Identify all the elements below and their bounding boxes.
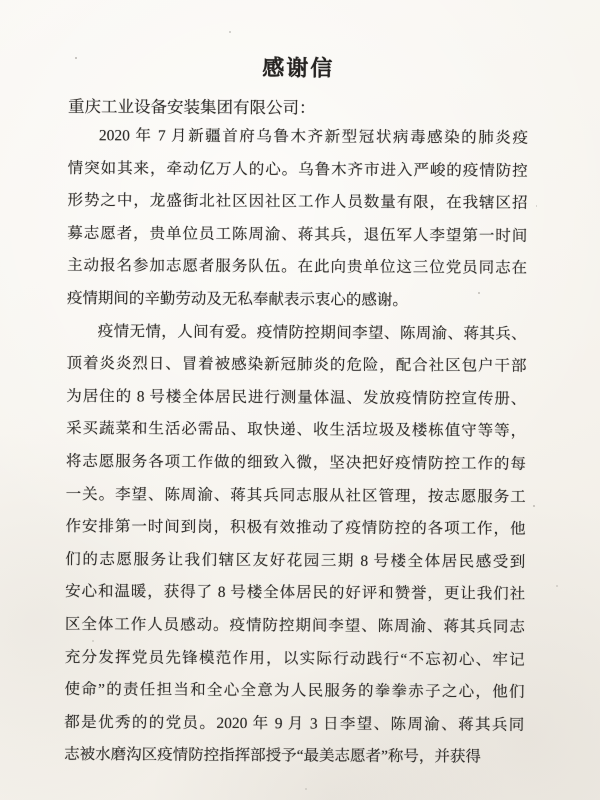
letter-line: 采买蔬菜和生活必需品、取快递、收生活垃圾及楼栋值守等等， xyxy=(66,413,526,448)
scan-speckle xyxy=(75,57,77,59)
letter-line: 为居住的 8 号楼全体居民进行测量体温、发放疫情防控宣传册、 xyxy=(66,381,526,416)
letter-line: 安心和温暖，获得了 8 号楼全体居民的好评和赞誉，更让我们社 xyxy=(65,576,525,611)
letter-line: 区全体工作人员感动。疫情防控期间李望、陈周渝、蒋其兵同志 xyxy=(65,609,525,644)
letter-line: 志被水磨沟区疫情防控指挥部授予“最美志愿者”称号，并获得 xyxy=(64,739,524,774)
scan-speckle xyxy=(536,205,537,207)
letter-paragraph-2: 疫情无情，人间有爱。疫情防控期间李望、陈周渝、蒋其兵、 顶着炎炎烈日、冒着被感染… xyxy=(64,316,527,775)
letter-salutation: 重庆工业设备安装集团有限公司： xyxy=(68,94,528,123)
letter-line: 募志愿者，贵单位员工陈周渝、蒋其兵，退伍军人李望第一时间 xyxy=(67,218,527,253)
scan-speckle xyxy=(470,716,472,718)
letter-line: 主动报名参加志愿者服务队伍。在此向贵单位这三位党员同志在 xyxy=(67,250,527,285)
letter-title: 感谢信 xyxy=(68,52,528,85)
scan-speckle xyxy=(478,292,480,294)
scan-speckle xyxy=(556,585,558,587)
scan-speckle xyxy=(160,758,162,759)
letter-line: 将志愿服务各项工作做的细致入微，坚决把好疫情防控工作的每 xyxy=(66,446,526,481)
scan-speckle xyxy=(305,788,307,790)
scan-speckle xyxy=(229,31,231,33)
letter-line: 作安排第一时间到岗，积极有效推动了疫情防控的各项工作，他 xyxy=(65,511,525,546)
letter-line: 使命”的责任担当和全心全意为人民服务的拳拳赤子之心，他们 xyxy=(64,674,524,709)
letter-line: 都是优秀的的党员。2020 年 9 月 3 日李望、陈周渝、蒋其兵同 xyxy=(64,707,524,742)
letter-line: 们的志愿服务让我们辖区友好花园三期 8 号楼全体居民感受到 xyxy=(65,544,525,579)
letter-body: 感谢信 重庆工业设备安装集团有限公司： 2020 年 7 月新疆首府乌鲁木齐新型… xyxy=(64,0,529,775)
letter-line: 一关。李望、陈周渝、蒋其兵同志服从社区管理，按志愿服务工 xyxy=(66,479,526,514)
scan-speckle xyxy=(92,640,94,642)
scan-speckle xyxy=(533,505,535,507)
letter-line: 充分发挥党员先锋模范作用，以实际行动践行“不忘初心、牢记 xyxy=(65,641,525,676)
scanned-letter-page: 感谢信 重庆工业设备安装集团有限公司： 2020 年 7 月新疆首府乌鲁木齐新型… xyxy=(0,0,600,800)
letter-line: 疫情无情，人间有爱。疫情防控期间李望、陈周渝、蒋其兵、 xyxy=(67,316,527,351)
letter-paragraph-1: 2020 年 7 月新疆首府乌鲁木齐新型冠状病毒感染的肺炎疫 情突如其来，牵动亿… xyxy=(67,120,528,318)
letter-line: 形势之中，龙盛街北社区因社区工作人员数量有限，在我辖区招 xyxy=(67,185,527,220)
letter-line: 疫情期间的辛勤劳动及无私奉献表示衷心的感谢。 xyxy=(67,283,527,318)
letter-line: 顶着炎炎烈日、冒着被感染新冠肺炎的危险，配合社区包户干部 xyxy=(66,348,526,383)
letter-line: 情突如其来，牵动亿万人的心。乌鲁木齐市进入严峻的疫情防控 xyxy=(68,153,528,188)
letter-line: 2020 年 7 月新疆首府乌鲁木齐新型冠状病毒感染的肺炎疫 xyxy=(68,120,528,155)
